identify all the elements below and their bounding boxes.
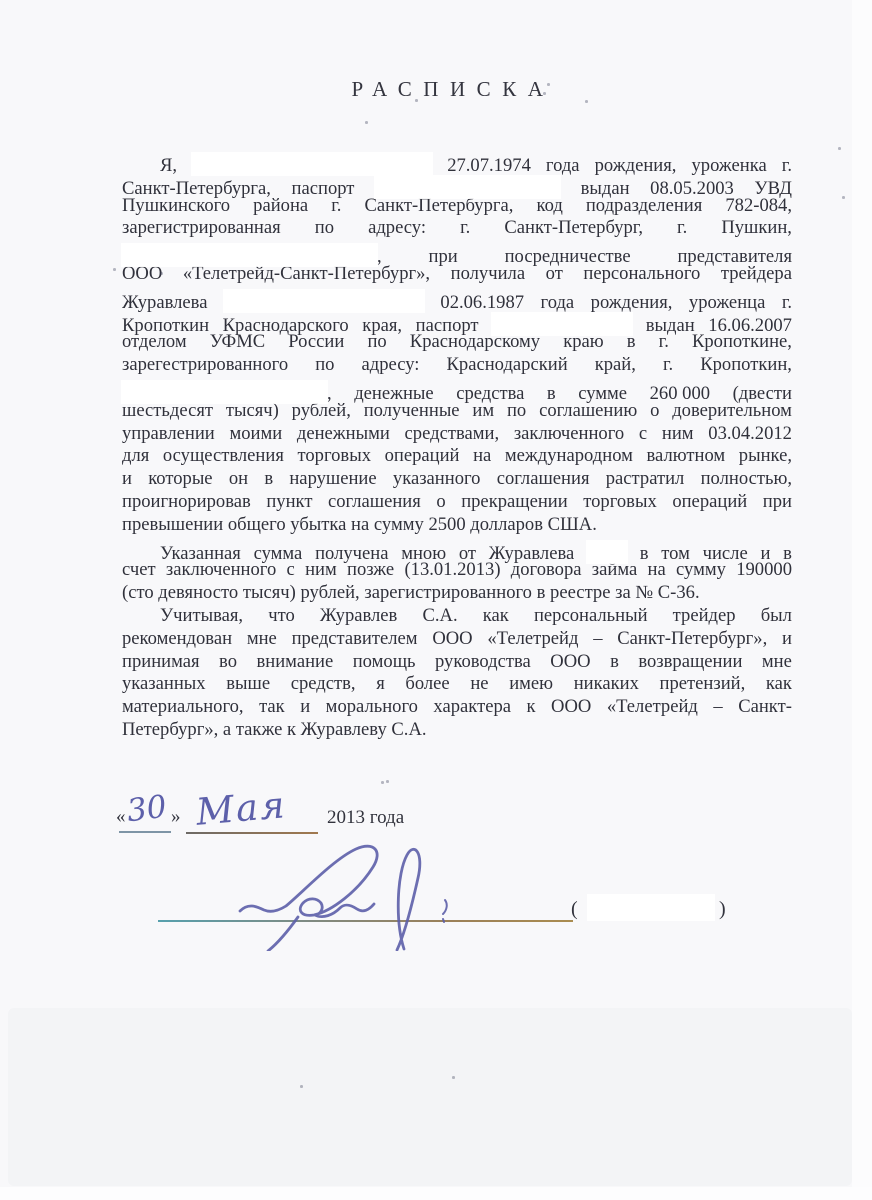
word: рекомендован (122, 628, 232, 651)
word: персональный (534, 605, 648, 628)
scan-speckle (113, 268, 116, 271)
word: г. (782, 292, 792, 315)
word: рублей, (292, 400, 351, 423)
word: им (472, 400, 494, 423)
text-line: ООО«Телетрейд-Санкт-Петербург»,получилао… (122, 263, 792, 286)
word: Санкт-Петербурга, (364, 195, 513, 218)
word: материального, (122, 696, 244, 719)
word: России (288, 331, 344, 354)
text-line: превышении общего убытка на сумму 2500 д… (122, 514, 792, 537)
scan-edge-right (852, 0, 872, 1200)
word: операций (385, 445, 460, 468)
word: ним (305, 559, 337, 582)
word: выше (226, 673, 270, 696)
word: соглашению (539, 400, 637, 423)
word: Санкт- (738, 696, 792, 719)
word: Журавлев (320, 605, 397, 628)
handwritten-month: Мая (194, 783, 288, 834)
word: (13.01.2013) (404, 559, 500, 582)
scan-speckle (415, 99, 418, 102)
scan-speckle (452, 1076, 455, 1079)
word: зарегестрированного (122, 354, 288, 377)
redaction-box (587, 541, 627, 563)
word: Учитывая, (160, 605, 243, 628)
word: района (253, 195, 308, 218)
word: отделом (122, 331, 187, 354)
word: и (782, 628, 792, 651)
redaction-box (375, 176, 560, 198)
word: заключенного (166, 559, 276, 582)
word: шестьдесят (122, 400, 213, 423)
text-line: Пушкинскогорайонаг.Санкт-Петербурга,кодп… (122, 195, 792, 218)
word: край, (595, 354, 636, 377)
scanned-document-page: РАСПИСКА Я,27.07.1974годарождения,урожен… (0, 0, 872, 1200)
word: руководства (435, 651, 531, 674)
word: краю (563, 331, 603, 354)
word: от (546, 263, 563, 286)
word: средствами, (405, 423, 500, 446)
word: «Телетрейд (487, 628, 578, 651)
word: средств, (291, 673, 356, 696)
word: договора (511, 559, 582, 582)
word: во (219, 651, 237, 674)
word: Краснодарскому (410, 331, 540, 354)
word: г. (460, 217, 470, 240)
word: осуществления (163, 445, 284, 468)
date-year-text: 2013 года (327, 807, 404, 829)
text-line: отделомУФМСРоссиипоКраснодарскомукраювг.… (122, 331, 792, 354)
word: о (436, 491, 445, 514)
text-line: Петербург», а также к Журавлеву С.А. (122, 719, 792, 742)
text-line: Я,27.07.1974годарождения,уроженкаг. (122, 149, 792, 172)
text-line: принимаявовниманиепомощьруководстваОООвв… (122, 651, 792, 674)
word: уроженца (689, 292, 765, 315)
word: г. (663, 354, 673, 377)
word: – (593, 628, 602, 651)
redaction-box (122, 381, 327, 403)
word: код (536, 195, 562, 218)
signature-stroke (238, 843, 458, 951)
word: «Телетрейд-Санкт-Петербург», (183, 263, 430, 286)
word: в (610, 651, 619, 674)
word: о (650, 400, 659, 423)
text-line: Журавлева02.06.1987годарождения,уроженца… (122, 286, 792, 309)
word: получила (451, 263, 525, 286)
word: ООО (122, 263, 162, 286)
word: проигнорировав (122, 491, 251, 514)
scan-speckle (386, 780, 389, 783)
word: он (229, 468, 248, 491)
word: выдан (646, 315, 695, 338)
date-closing-quote: » (171, 806, 181, 828)
word: как (766, 673, 792, 696)
word: принимая (122, 651, 200, 674)
scan-edge-bottom (0, 1187, 872, 1200)
word: мне (247, 628, 277, 651)
word: нарушение (289, 468, 376, 491)
handwritten-day: 30 (125, 789, 169, 830)
word: г. (659, 331, 669, 354)
word: торговых (297, 445, 371, 468)
redaction-group: , (122, 377, 332, 406)
text-line: ,денежныесредствавсумме260 000(двести (122, 377, 792, 400)
word: счет (122, 559, 156, 582)
scan-speckle (543, 92, 546, 95)
scan-shading (8, 1008, 852, 1186)
word: рынке, (739, 445, 792, 468)
word: займа (592, 559, 637, 582)
word: ООО (551, 696, 591, 719)
text-line: материального,такиморальногохарактеракОО… (122, 696, 792, 719)
word: возвращении (638, 651, 742, 674)
scan-speckle (365, 121, 368, 124)
text-line: указанныхвышесредств,яболеенеимеюникаких… (122, 673, 792, 696)
word: уроженка (691, 155, 766, 178)
word: по (367, 331, 386, 354)
word: зарегистрированная (122, 217, 281, 240)
scan-speckle (838, 147, 841, 150)
text-line: управлениимоимиденежнымисредствами,заклю… (122, 423, 792, 446)
word: никаких (574, 673, 639, 696)
text-line: ,припосредничествепредставителя (122, 240, 792, 263)
word: доверительном (672, 400, 792, 423)
text-line: рекомендованмнепредставителемООО«Телетре… (122, 628, 792, 651)
line-text: (сто девяносто тысяч) рублей, зарегистри… (122, 582, 700, 603)
word: Пушкинского (122, 195, 230, 218)
word: Санкт-Петербург», (617, 628, 767, 651)
word: что (268, 605, 295, 628)
word: пункт (266, 491, 312, 514)
word: ООО (550, 651, 590, 674)
word: по (315, 217, 334, 240)
word: «Телетрейд (607, 696, 698, 719)
text-line: дляосуществленияторговыхоперацийнамеждун… (122, 445, 792, 468)
scan-speckle (381, 781, 384, 784)
word: растратил (606, 468, 685, 491)
line-text: Петербург», а также к Журавлеву С.А. (122, 719, 427, 740)
word: ООО (432, 628, 472, 651)
word: Краснодарский (447, 354, 568, 377)
word: претензий, (660, 673, 746, 696)
scan-speckle (585, 100, 588, 103)
word: – (713, 696, 722, 719)
word: я (376, 673, 385, 696)
redaction-group: , (122, 240, 382, 269)
scan-speckle (547, 83, 550, 86)
word: по (315, 354, 334, 377)
word: прекращении (461, 491, 568, 514)
redaction-box (224, 290, 424, 312)
word: УФМС (210, 331, 265, 354)
word: г. (782, 155, 792, 178)
word: адресу: (368, 217, 426, 240)
word: морального (326, 696, 418, 719)
text-line: счетзаключенногоснимпозже(13.01.2013)дог… (122, 559, 792, 582)
word: Санкт-Петербург, (504, 217, 643, 240)
word: трейдера (721, 263, 792, 286)
word: денежными (297, 423, 390, 446)
word: 782-084, (725, 195, 792, 218)
word: рождения, (595, 155, 677, 178)
word: трейдер (673, 605, 736, 628)
word: сумму (676, 559, 726, 582)
word: года (546, 155, 580, 178)
word: 190000 (736, 559, 792, 582)
word: валютном (647, 445, 726, 468)
redaction-box (492, 313, 632, 335)
word: более (405, 673, 449, 696)
word: характера (433, 696, 511, 719)
word: был (761, 605, 792, 628)
word: года (541, 292, 575, 315)
scan-speckle (160, 272, 163, 275)
word: соглашения (497, 468, 590, 491)
word: в (627, 331, 636, 354)
word: С.А. (422, 605, 457, 628)
word: полученные (364, 400, 460, 423)
word: персонального (583, 263, 700, 286)
word: так (259, 696, 285, 719)
date-day-underline (119, 831, 171, 833)
word: внимание (257, 651, 334, 674)
word: ним (662, 423, 694, 446)
word: на (473, 445, 491, 468)
word: как (483, 605, 509, 628)
date-opening-quote: « (116, 806, 126, 828)
word: г. (331, 195, 341, 218)
word: рождения, (591, 292, 673, 315)
word: Пушкин, (721, 217, 792, 240)
redaction-box (122, 244, 377, 266)
word: моими (229, 423, 282, 446)
word: тысяч) (226, 400, 279, 423)
word: в (264, 468, 273, 491)
word: по (507, 400, 526, 423)
scan-speckle (300, 1085, 303, 1088)
word: с (287, 559, 295, 582)
word: при (763, 491, 792, 514)
text-line: зарегестрированногопоадресу:Краснодарски… (122, 354, 792, 377)
word: Кропоткин, (700, 354, 792, 377)
word: и (122, 468, 132, 491)
word: торговых (583, 491, 657, 514)
word: представителем (292, 628, 418, 651)
word: указанного (393, 468, 481, 491)
scan-speckle (842, 196, 845, 199)
word: г. (677, 217, 687, 240)
word: не (470, 673, 488, 696)
word: помощь (353, 651, 416, 674)
word: Журавлева (122, 292, 207, 315)
paren-open: ( (571, 898, 578, 921)
word: международном (505, 445, 633, 468)
word: на (648, 559, 666, 582)
word: которые (148, 468, 212, 491)
text-line: зарегистрированнаяпоадресу:г.Санкт-Петер… (122, 217, 792, 240)
word: для (122, 445, 149, 468)
word: 02.06.1987 (440, 292, 524, 315)
redaction-box (192, 153, 432, 175)
word: заключенного (514, 423, 624, 446)
word: Кропоткине, (692, 331, 792, 354)
word: соглашения (328, 491, 421, 514)
text-line: проигнорировавпунктсоглашенияопрекращени… (122, 491, 792, 514)
word: 27.07.1974 (447, 155, 531, 178)
word: полностью, (701, 468, 792, 491)
text-line: (сто девяносто тысяч) рублей, зарегистри… (122, 582, 792, 605)
document-title: РАСПИСКА (0, 77, 872, 102)
word: указанных (122, 673, 206, 696)
word: Я, (160, 155, 177, 178)
word: и (300, 696, 310, 719)
text-line: УказаннаясуммаполученамноюотЖуравлевавто… (122, 537, 792, 560)
text-line: Учитывая,чтоЖуравлевС.А.какперсональныйт… (122, 605, 792, 628)
word: с (639, 423, 647, 446)
word: подразделения (586, 195, 702, 218)
word: управлении (122, 423, 215, 446)
redaction-box (587, 894, 715, 921)
paren-close: ) (719, 898, 726, 921)
word: позже (347, 559, 394, 582)
word: операций (672, 491, 747, 514)
word: адресу: (362, 354, 420, 377)
line-text: превышении общего убытка на сумму 2500 д… (122, 514, 597, 535)
document-body: Я,27.07.1974годарождения,уроженкаг.Санкт… (122, 149, 792, 742)
word: к (527, 696, 536, 719)
word: мне (762, 651, 792, 674)
text-line: икоторыеонвнарушениеуказанногосоглашения… (122, 468, 792, 491)
word: 03.04.2012 (708, 423, 792, 446)
word: имею (509, 673, 553, 696)
